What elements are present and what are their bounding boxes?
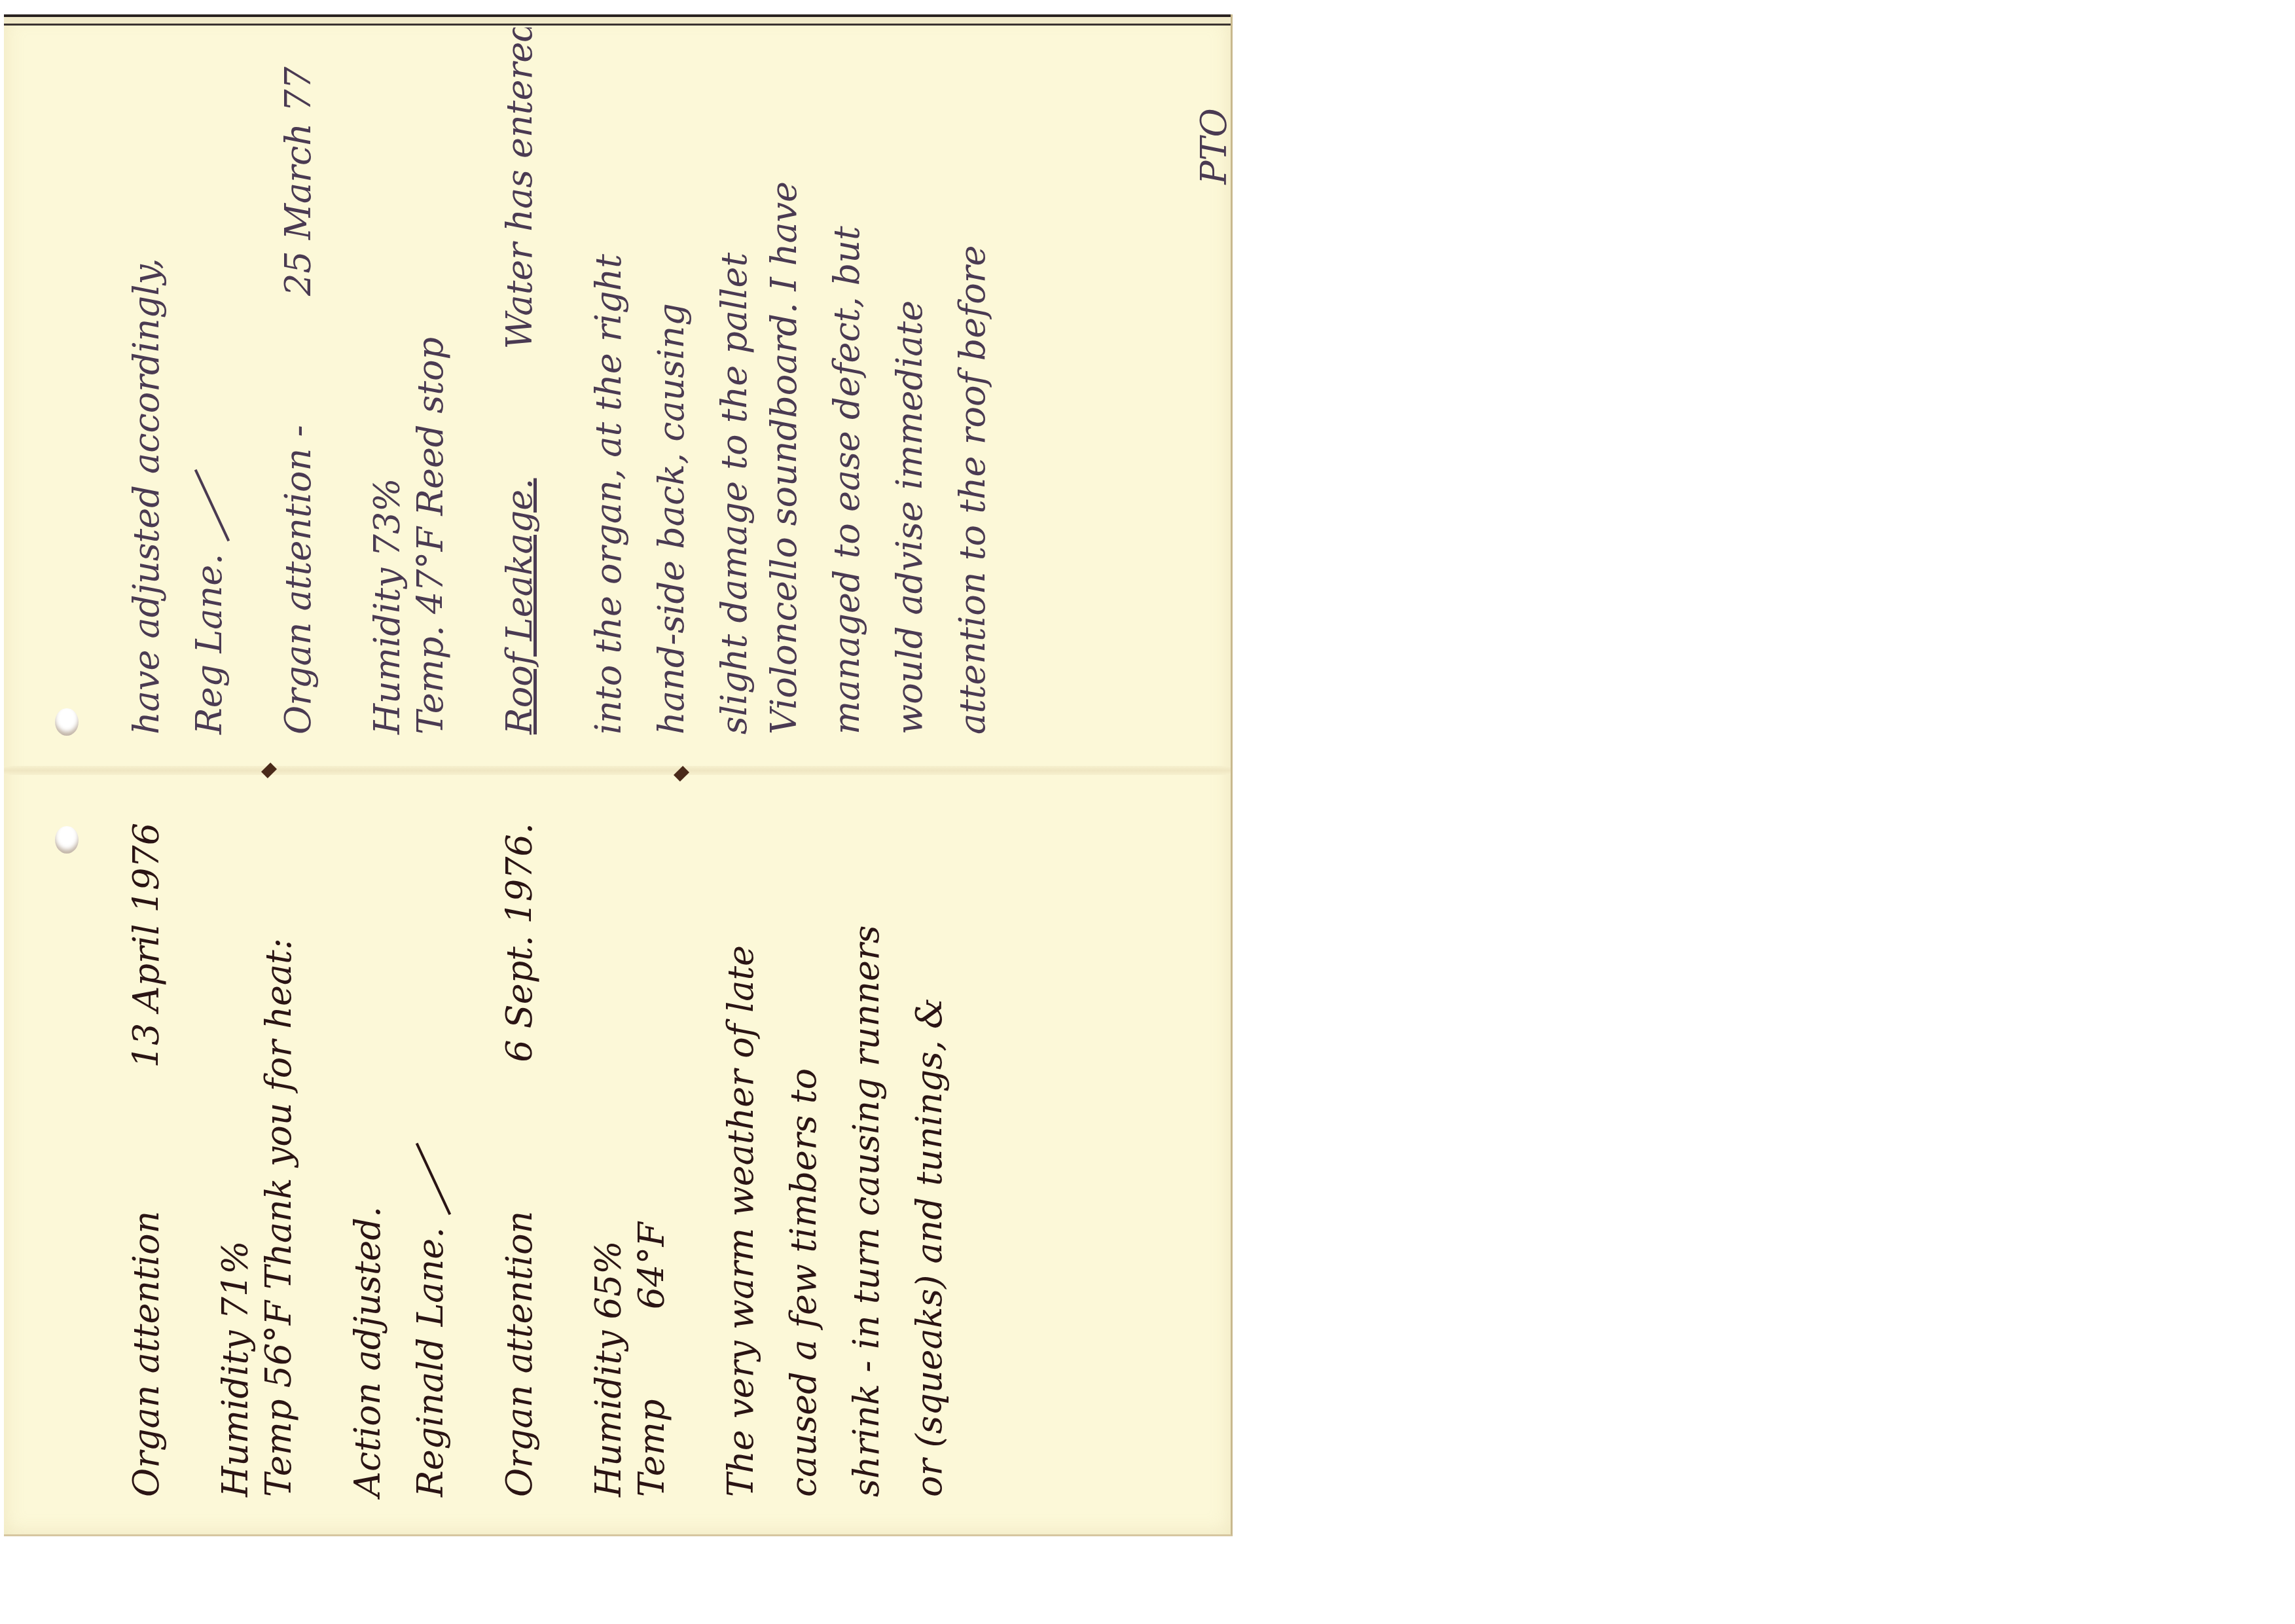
notebook-sheet: have adjusted accordingly, Reg Lane. Org…	[4, 14, 1233, 1536]
paragraph-line: hand-side back, causing	[640, 41, 703, 734]
page-fold	[4, 766, 1231, 775]
paragraph-line: shrink - in turn causing runners	[835, 797, 898, 1497]
paragraph-line: managed to ease defect, but	[816, 41, 878, 734]
section-title-line: Roof Leakage. Water has entered	[488, 41, 551, 734]
entry-heading: Organ attention 13 April 1976	[115, 797, 178, 1497]
lower-page-text: Organ attention 13 April 1976 Humidity 7…	[115, 797, 1195, 1497]
paragraph-line: attention to the roof before	[941, 41, 1004, 734]
entry-heading: Organ attention 6 Sept. 1976.	[488, 797, 551, 1497]
entry-title: Organ attention	[499, 1211, 540, 1497]
pto-note: PTO	[1193, 108, 1231, 185]
paragraph-line: into the organ, at the right	[577, 41, 640, 734]
signature: Reg Lane.	[178, 41, 241, 734]
entry-title: Organ attention	[126, 1211, 167, 1497]
entry-date: 13 April 1976	[115, 823, 178, 1068]
action-note: Action adjusted.	[336, 797, 399, 1497]
upper-page-text: have adjusted accordingly, Reg Lane. Org…	[115, 41, 1195, 734]
temp-note: Reed stop	[410, 337, 451, 516]
paragraph-line: would advise immediate	[878, 41, 941, 734]
paragraph-line: Violoncello soundboard. I have	[753, 41, 816, 734]
temp-label: Temp	[631, 1399, 672, 1497]
temp-value: 64°F	[631, 1222, 672, 1309]
signature-flourish	[194, 469, 230, 541]
section-title: Roof Leakage.	[499, 478, 540, 734]
notebook-binding-edge	[4, 14, 1231, 26]
paragraph-line: The very warm weather of late	[710, 797, 772, 1497]
signature-text: Reg Lane.	[189, 554, 230, 734]
temp-label: Temp	[258, 1399, 299, 1497]
signature-text: Reginald Lane.	[410, 1227, 451, 1497]
signature: Reginald Lane.	[399, 797, 462, 1497]
staple-icon	[261, 763, 277, 778]
signature-flourish	[416, 1142, 451, 1214]
paragraph-line: caused a few timbers to	[772, 797, 835, 1497]
temp-note: Thank you for heat:	[258, 938, 299, 1290]
upper-page: have adjusted accordingly, Reg Lane. Org…	[4, 27, 1231, 764]
paragraph-line: Water has entered	[499, 27, 540, 349]
temp-value: 56°F	[258, 1301, 299, 1388]
temp-label: Temp.	[410, 625, 451, 734]
temp-value: 47°F	[410, 527, 451, 614]
temperature-reading: Temp 64°F	[621, 797, 683, 1497]
entry-date: 6 Sept. 1976.	[488, 823, 551, 1062]
entry-title: Organ attention -	[278, 425, 319, 734]
entry-heading: Organ attention - 25 March 77	[267, 41, 330, 734]
temperature-reading: Temp. 47°F Reed stop	[399, 41, 462, 734]
lower-page: Organ attention 13 April 1976 Humidity 7…	[4, 777, 1231, 1530]
entry-date: 25 March 77	[267, 67, 330, 296]
temperature-reading: Temp 56°F Thank you for heat:	[247, 797, 310, 1497]
continuation-line: have adjusted accordingly,	[115, 41, 178, 734]
paragraph-line: or (squeaks) and tunings, &	[898, 797, 961, 1497]
